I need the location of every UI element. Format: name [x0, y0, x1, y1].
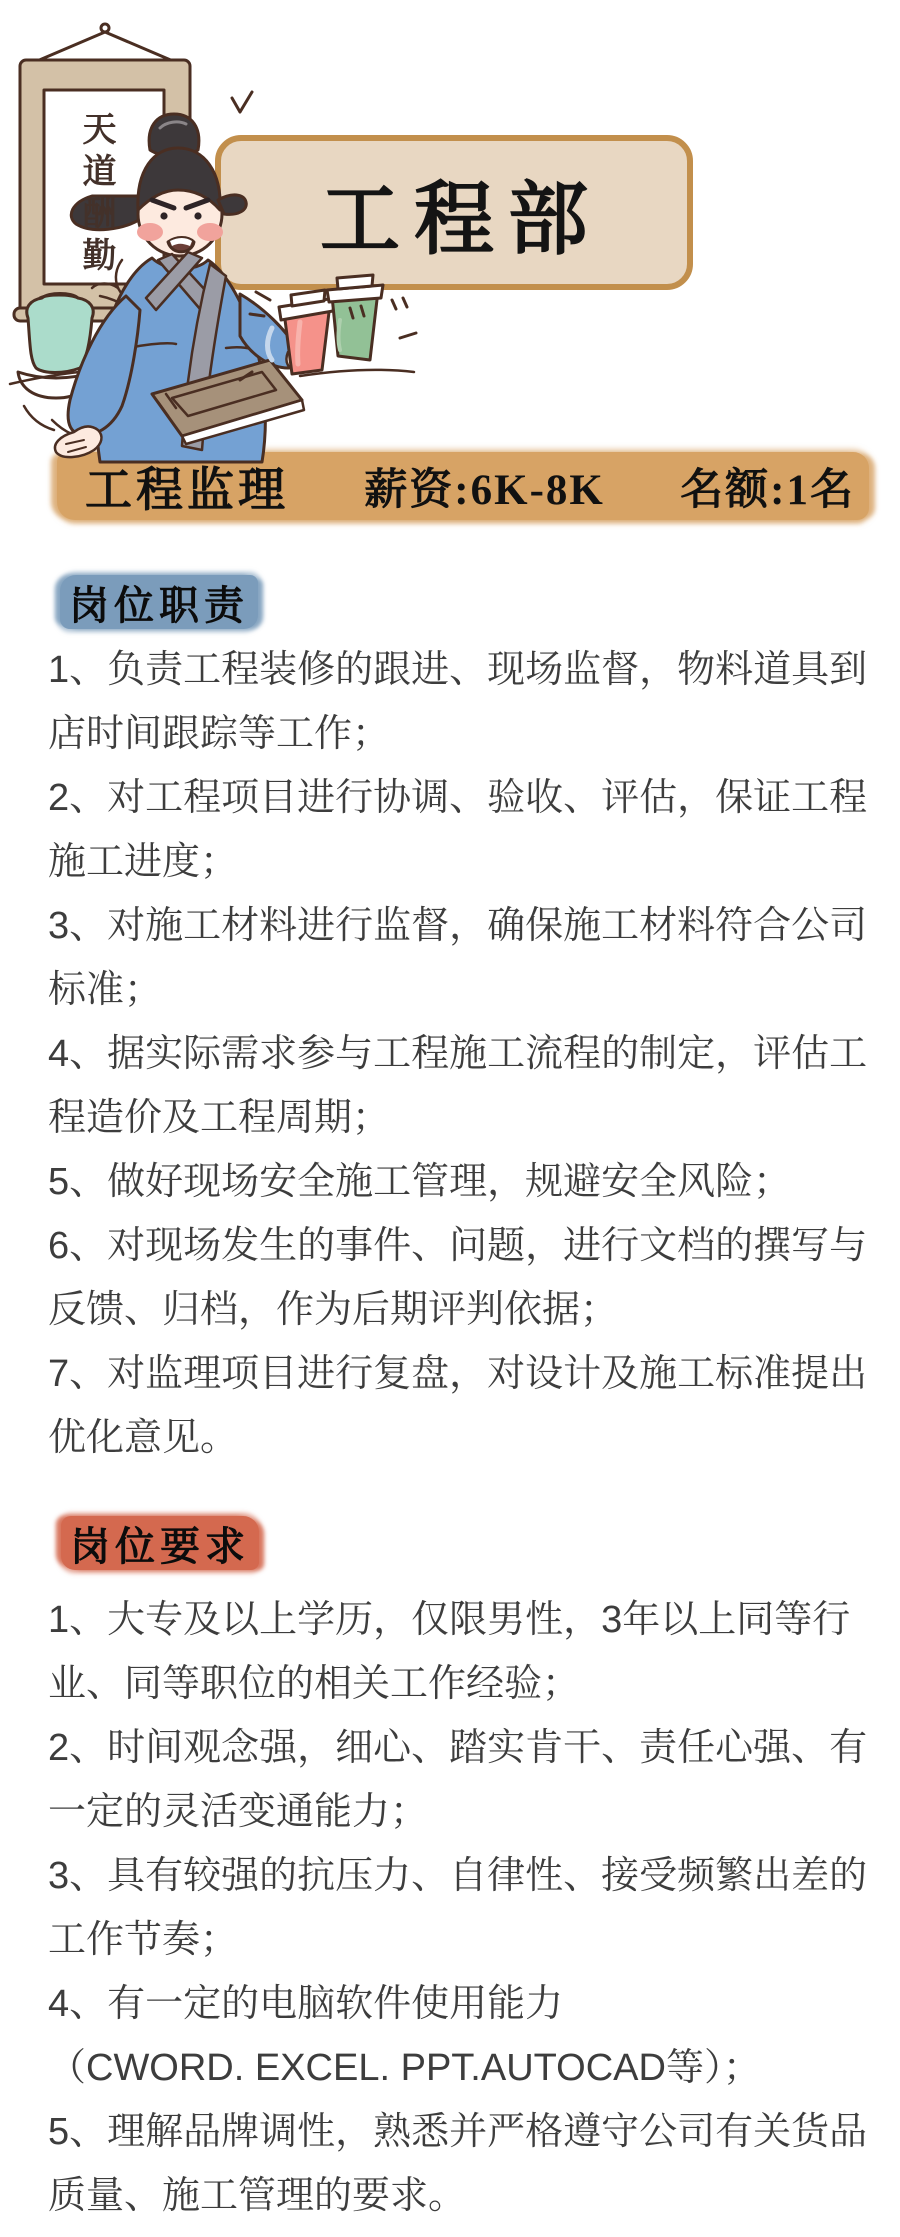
responsibility-item: 4、据实际需求参与工程施工流程的制定，评估工程造价及工程周期； [48, 1022, 874, 1150]
requirement-item: 1、大专及以上学历，仅限男性，3年以上同等行业、同等职位的相关工作经验； [48, 1588, 874, 1716]
scroll-motto-text: 天道酬勤 [64, 102, 120, 288]
responsibility-item: 6、对现场发生的事件、问题，进行文档的撰写与反馈、归档，作为后期评判依据； [48, 1214, 874, 1342]
section-heading-requirements: 岗位要求 [61, 1516, 259, 1570]
requirements-list: 1、大专及以上学历，仅限男性，3年以上同等行业、同等职位的相关工作经验； 2、时… [48, 1588, 874, 2228]
responsibilities-list: 1、负责工程装修的跟进、现场监督，物料道具到店时间跟踪等工作； 2、对工程项目进… [48, 638, 874, 1470]
section-heading-responsibilities: 岗位职责 [60, 575, 258, 629]
responsibility-item: 1、负责工程装修的跟进、现场监督，物料道具到店时间跟踪等工作； [48, 638, 874, 766]
requirement-item: 2、时间观念强，细心、踏实肯干、责任心强、有一定的灵活变通能力； [48, 1716, 874, 1844]
quota-label: 名额:1名 [680, 456, 855, 517]
requirement-item: 3、具有较强的抗压力、自律性、接受频繁出差的工作节奏； [48, 1844, 874, 1972]
responsibility-item: 2、对工程项目进行协调、验收、评估，保证工程施工进度； [48, 766, 874, 894]
anger-mark-icon [232, 92, 252, 112]
requirement-item: 5、理解品牌调性，熟悉并严格遵守公司有关货品质量、施工管理的要求。 [48, 2100, 874, 2228]
responsibility-item: 3、对施工材料进行监督，确保施工材料符合公司标准； [48, 894, 874, 1022]
responsibility-item: 7、对监理项目进行复盘，对设计及施工标准提出优化意见。 [48, 1342, 874, 1470]
job-posting-page: 工程部 [0, 0, 900, 2237]
responsibility-item: 5、做好现场安全施工管理，规避安全风险； [48, 1150, 874, 1214]
requirement-item: 4、有一定的电脑软件使用能力 （CWORD. EXCEL. PPT.AUTOCA… [48, 1972, 874, 2100]
